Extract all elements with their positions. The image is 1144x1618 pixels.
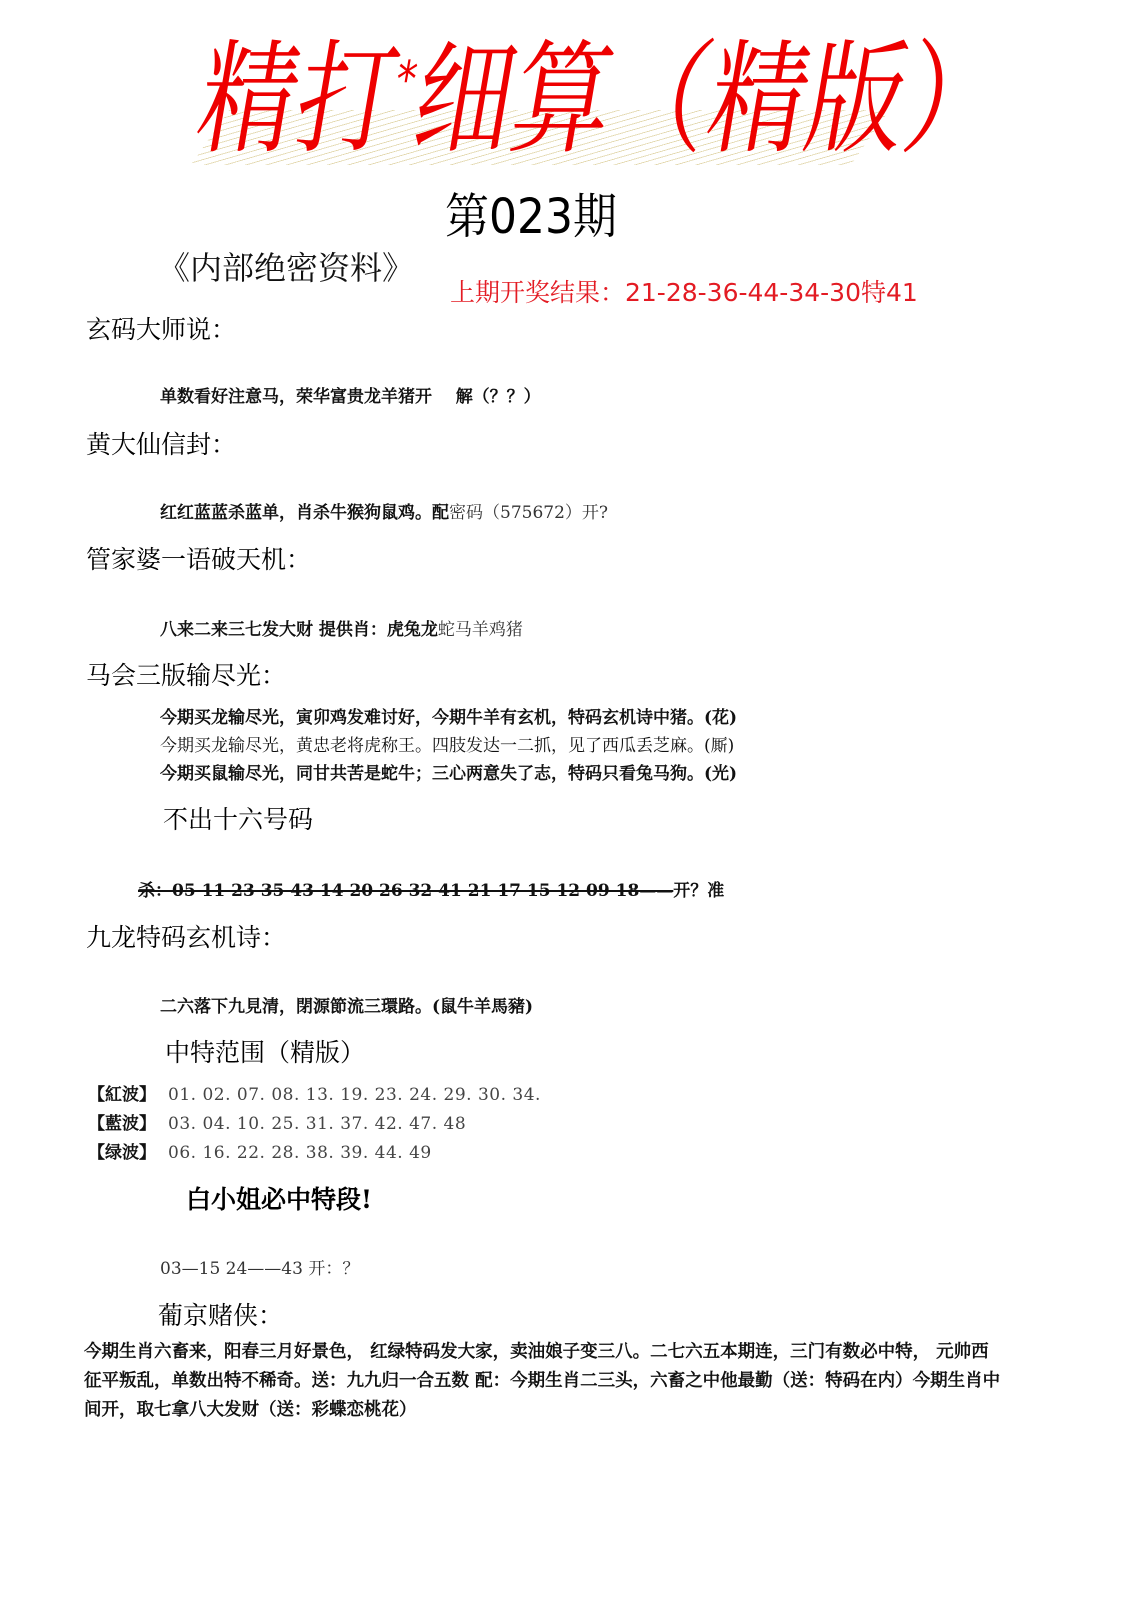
- huangdaxian-line: 红红蓝蓝杀蓝单，肖杀牛猴狗鼠鸡。配密码（575672）开?: [160, 498, 608, 523]
- mahui-line-3: 今期买鼠输尽光，同甘共苦是蛇牛；三心两意失了志，特码只看兔马狗。(光): [160, 759, 737, 784]
- section-heading-baixiaojie: 白小姐必中特段!: [186, 1180, 372, 1216]
- issue-number: 第023期: [445, 177, 617, 247]
- wave-row-red: 【紅波】01. 02. 07. 08. 13. 19. 23. 24. 29. …: [88, 1080, 541, 1105]
- section-heading-mahui: 马会三版输尽光：: [86, 656, 286, 692]
- banner: 精 打 * 细 算 （ 精 版 ）: [200, 40, 900, 160]
- section-heading-guanjiapo: 管家婆一语破天机：: [86, 540, 311, 576]
- wave-row-green: 【绿波】06. 16. 22. 28. 38. 39. 44. 49: [88, 1138, 432, 1163]
- wave-numbers: 03. 04. 10. 25. 31. 37. 42. 47. 48: [168, 1114, 466, 1134]
- xuanma-text: 单数看好注意马，荣华富贵龙羊猪开: [160, 387, 432, 407]
- wave-tag: 【藍波】: [88, 1114, 156, 1134]
- jiulong-line: 二六落下九見清，閉源節流三環路。(鼠牛羊馬豬): [160, 992, 533, 1017]
- banner-char: ）: [896, 39, 1015, 162]
- wave-tag: 【绿波】: [88, 1143, 156, 1163]
- pujing-paragraph: 今期生肖六畜来，阳春三月好景色， 红绿特码发大家，卖油娘子变三八。二七六五本期连…: [84, 1338, 1004, 1425]
- subtitle: 《内部绝密资料》: [158, 243, 414, 289]
- kill-numbers-struck: 杀：05 11 23 35 43 14 20 26 32 41 21 17 15…: [138, 881, 673, 901]
- wave-numbers: 06. 16. 22. 28. 38. 39. 44. 49: [168, 1143, 432, 1163]
- section-heading-xuanma: 玄码大师说：: [86, 310, 236, 346]
- wave-numbers: 01. 02. 07. 08. 13. 19. 23. 24. 29. 30. …: [168, 1085, 541, 1105]
- section-heading-jiulong: 九龙特码玄机诗：: [86, 918, 286, 954]
- wave-tag: 【紅波】: [88, 1085, 156, 1105]
- guanjiapo-text: 八来二来三七发大财 提供肖：虎兔龙: [160, 620, 438, 640]
- mahui-line-1: 今期买龙输尽光，寅卯鸡发难讨好，今期牛羊有玄机，特码玄机诗中猪。(花): [160, 703, 737, 728]
- section-heading-huangdaxian: 黄大仙信封：: [86, 425, 236, 461]
- kill-numbers-tail: 开？准: [673, 881, 724, 901]
- guanjiapo-line: 八来二来三七发大财 提供肖：虎兔龙蛇马羊鸡猪: [160, 615, 523, 640]
- banner-title: 精 打 * 细 算 （ 精 版 ）: [200, 40, 900, 160]
- huangdaxian-tail: 密码（575672）开?: [449, 503, 608, 523]
- guanjiapo-tail: 蛇马羊鸡猪: [438, 620, 523, 640]
- section-heading-no16: 不出十六号码: [163, 800, 313, 836]
- kill-numbers-line: 杀：05 11 23 35 43 14 20 26 32 41 21 17 15…: [138, 876, 724, 901]
- banner-char: 打: [288, 39, 407, 162]
- wave-row-blue: 【藍波】03. 04. 10. 25. 31. 37. 42. 47. 48: [88, 1109, 466, 1134]
- section-heading-zhongte: 中特范围（精版）: [165, 1033, 365, 1069]
- xuanma-line: 单数看好注意马，荣华富贵龙羊猪开 解（？？）: [160, 382, 541, 407]
- xuanma-tail: 解（？？）: [456, 387, 541, 407]
- mahui-line-2: 今期买龙输尽光，黄忠老将虎称王。四肢发达一二抓，见了西瓜丢芝麻。(厮): [160, 731, 734, 756]
- last-draw-result: 上期开奖结果：21-28-36-44-34-30特41: [450, 273, 918, 309]
- baixiaojie-line: 03—15 24——43 开：？: [160, 1254, 359, 1279]
- section-heading-pujing: 葡京赌侠：: [158, 1296, 283, 1332]
- huangdaxian-text: 红红蓝蓝杀蓝单，肖杀牛猴狗鼠鸡。配: [160, 503, 449, 523]
